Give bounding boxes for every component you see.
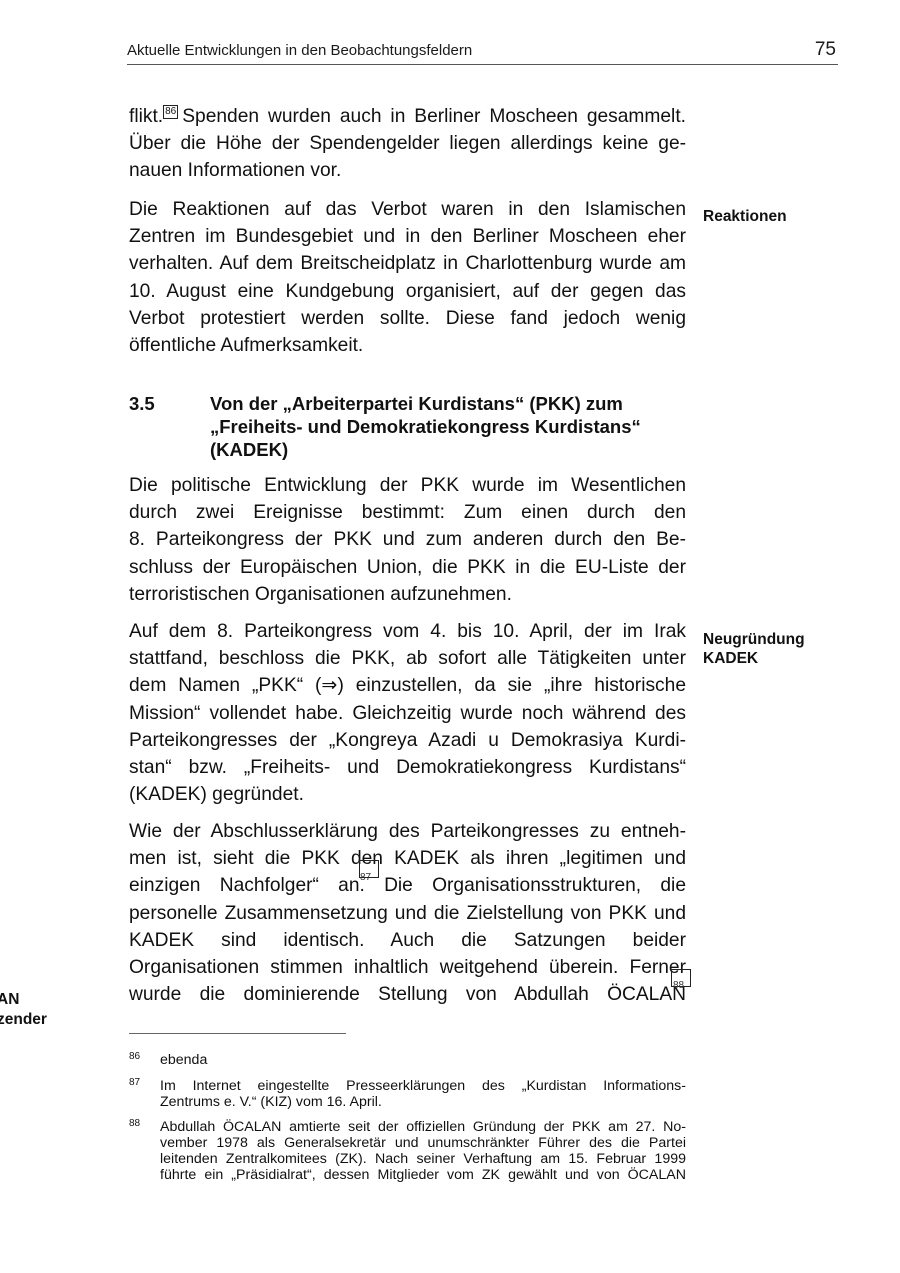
section-title: Von der „Arbeiterpartei Kurdistans“ (PKK… [210, 392, 690, 461]
paragraph-line: (KADEK) gegründet. [129, 781, 686, 808]
margin-note-reaktionen: Reaktionen [703, 207, 787, 226]
paragraph-line: men ist, sieht die PKK den KADEK als ihr… [129, 845, 686, 872]
paragraph-reaktionen: Die Reaktionen auf das Verbot waren in d… [129, 196, 686, 359]
paragraph-line: Auf dem 8. Parteikongress vom 4. bis 10.… [129, 618, 686, 645]
paragraph-politische-entwicklung: Die politische Entwicklung der PKK wurde… [129, 472, 686, 608]
paragraph-line: 10. August eine Kundgebung organisiert, … [129, 278, 686, 305]
paragraph-line: Die politische Entwicklung der PKK wurde… [129, 472, 686, 499]
paragraph-line: terroristischen Organisationen aufzunehm… [129, 581, 686, 608]
footnote-number: 88 [129, 1116, 140, 1132]
paragraph-line: Parteikongresses der „Kongreya Azadi u D… [129, 727, 686, 754]
running-header: Aktuelle Entwicklungen in den Beobachtun… [127, 38, 838, 65]
paragraph-abschlusserklaerung: Wie der Abschlusserklärung des Parteikon… [129, 818, 686, 1008]
paragraph-line: öffentliche Aufmerksamkeit. [129, 332, 686, 359]
paragraph-parteikongress: Auf dem 8. Parteikongress vom 4. bis 10.… [129, 618, 686, 808]
paragraph-line: KADEK sind identisch. Auch die Satzungen… [129, 927, 686, 954]
paragraph-line: nauen Informationen vor. [129, 157, 686, 184]
paragraph-line: durch zwei Ereignisse bestimmt: Zum eine… [129, 499, 686, 526]
footnote-number: 87 [129, 1075, 140, 1091]
paragraph-line: einzigen Nachfolger“ an. Die Organisatio… [129, 872, 686, 899]
margin-note-cutoff: AN zender [0, 990, 57, 1030]
paragraph-line: stan“ bzw. „Freiheits- und Demokratiekon… [129, 754, 686, 781]
section-number: 3.5 [129, 392, 155, 415]
paragraph-line: dem Namen „PKK“ (⇒) einzustellen, da sie… [129, 672, 686, 699]
footnote-number: 86 [129, 1049, 140, 1065]
paragraph-line: schluss der Europäischen Union, die PKK … [129, 554, 686, 581]
paragraph-line: verhalten. Auf dem Breitscheidplatz in C… [129, 250, 686, 277]
page-number: 75 [815, 39, 836, 61]
paragraph-line: stattfand, beschloss die PKK, ab sofort … [129, 645, 686, 672]
paragraph-line: Die Reaktionen auf das Verbot waren in d… [129, 196, 686, 223]
paragraph-line: Verbot protestiert werden sollte. Diese … [129, 305, 686, 332]
paragraph-line: wurde die dominierende Stellung von Abdu… [129, 981, 686, 1008]
paragraph-line: Über die Höhe der Spendengelder liegen a… [129, 130, 686, 157]
paragraph-line: flikt.86 Spenden wurden auch in Berliner… [129, 103, 686, 130]
margin-note-neugruendung: Neugründung KADEK [703, 630, 805, 668]
paragraph-spenden: flikt.86 Spenden wurden auch in Berliner… [129, 103, 686, 185]
paragraph-line: 8. Parteikongress der PKK und zum andere… [129, 526, 686, 553]
paragraph-line: Wie der Abschlusserklärung des Parteikon… [129, 818, 686, 845]
paragraph-line: Mission“ vollendet habe. Gleichzeitig wu… [129, 700, 686, 727]
footnote-ref-86[interactable]: 86 [163, 105, 178, 119]
paragraph-line: Zentren im Bundesgebiet und in den Berli… [129, 223, 686, 250]
header-title: Aktuelle Entwicklungen in den Beobachtun… [127, 42, 472, 59]
paragraph-line: Organisationen stimmen inhaltlich weitge… [129, 954, 686, 981]
footnote-separator [129, 1033, 346, 1034]
paragraph-line: personelle Zusammensetzung und die Ziels… [129, 900, 686, 927]
